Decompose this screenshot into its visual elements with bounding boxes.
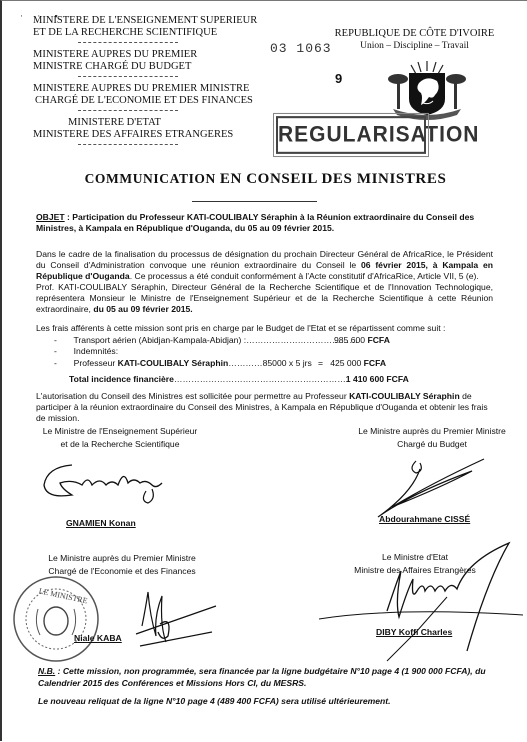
handwritten-mark: 9: [335, 71, 342, 86]
document-title: COMMUNICATION EN CONSEIL DES MINISTRES: [2, 171, 527, 188]
signature-kaba-icon: [132, 586, 222, 661]
signatory-name-kaba: Niale KABA: [74, 633, 122, 643]
regularisation-stamp: REGULARISATION: [276, 116, 426, 154]
national-motto: Union – Discipline – Travail: [332, 40, 497, 52]
fee-item-professeur: - Professeur KATI-COULIBALY Séraphin……………: [54, 358, 312, 368]
separator: [78, 144, 178, 145]
official-seal-icon: LE MINISTRE: [8, 573, 108, 665]
signatory-name-cisse: Abdourahmane CISSÉ: [379, 514, 470, 524]
ministry-budget: MINISTERE AUPRES DU PREMIER MINISTRE CHA…: [33, 49, 268, 73]
coat-of-arms-icon: [387, 59, 467, 121]
signatory-name-diby: DIBY Koffi Charles: [376, 627, 452, 637]
fee-item-indemnites: - Indemnités:: [54, 346, 118, 356]
separator: [78, 76, 178, 77]
country-name: REPUBLIQUE DE CÔTE D'IVOIRE: [332, 28, 497, 40]
paragraph-context: Dans le cadre de la finalisation du proc…: [36, 249, 493, 315]
fee-total: Total incidence financière………………………………………: [69, 374, 409, 384]
separator: [78, 42, 178, 43]
nota-bene-remainder: Le nouveau reliquat de la ligne N°10 pag…: [38, 695, 493, 707]
republic-header: REPUBLIQUE DE CÔTE D'IVOIRE Union – Disc…: [332, 28, 497, 52]
fees-intro: Les frais afférents à cette mission sont…: [36, 323, 493, 334]
document-page: · · ▪ MINISTERE DE L'ENSEIGNEMENT SUPERI…: [0, 0, 527, 741]
signature-diby-icon: [317, 541, 527, 671]
fee-item-transport: - Transport aérien (Abidjan-Kampala-Abid…: [54, 335, 358, 345]
separator: [78, 110, 178, 111]
ministries-header: MINISTERE DE L'ENSEIGNEMENT SUPERIEUR ET…: [33, 15, 268, 151]
signatory-budget: Le Ministre auprès du Premier Ministre C…: [347, 425, 517, 451]
reference-number-stamp: 03 1063: [270, 41, 332, 56]
ministry-affaires-etrangeres: MINISTERE D'ETAT MINISTERE DES AFFAIRES …: [33, 117, 268, 141]
signatory-name-gnamien: GNAMIEN Konan: [66, 518, 136, 528]
paragraph-authorisation: L'autorisation du Conseil des Ministres …: [36, 391, 493, 424]
signature-gnamien-icon: [42, 459, 172, 511]
svg-text:LE MINISTRE: LE MINISTRE: [38, 586, 88, 605]
ministry-enseignement: MINISTERE DE L'ENSEIGNEMENT SUPERIEUR ET…: [33, 15, 268, 39]
ministry-economie: MINISTERE AUPRES DU PREMIER MINISTRE CHA…: [33, 83, 268, 107]
signature-cisse-icon: [372, 453, 492, 523]
title-underline: [192, 201, 317, 202]
nota-bene: N.B. : Cette mission, non programmée, se…: [38, 665, 493, 689]
signatory-enseignement: Le Ministre de l'Enseignement Supérieur …: [30, 425, 210, 451]
objet-section: OBJET : Participation du Professeur KATI…: [36, 212, 493, 234]
